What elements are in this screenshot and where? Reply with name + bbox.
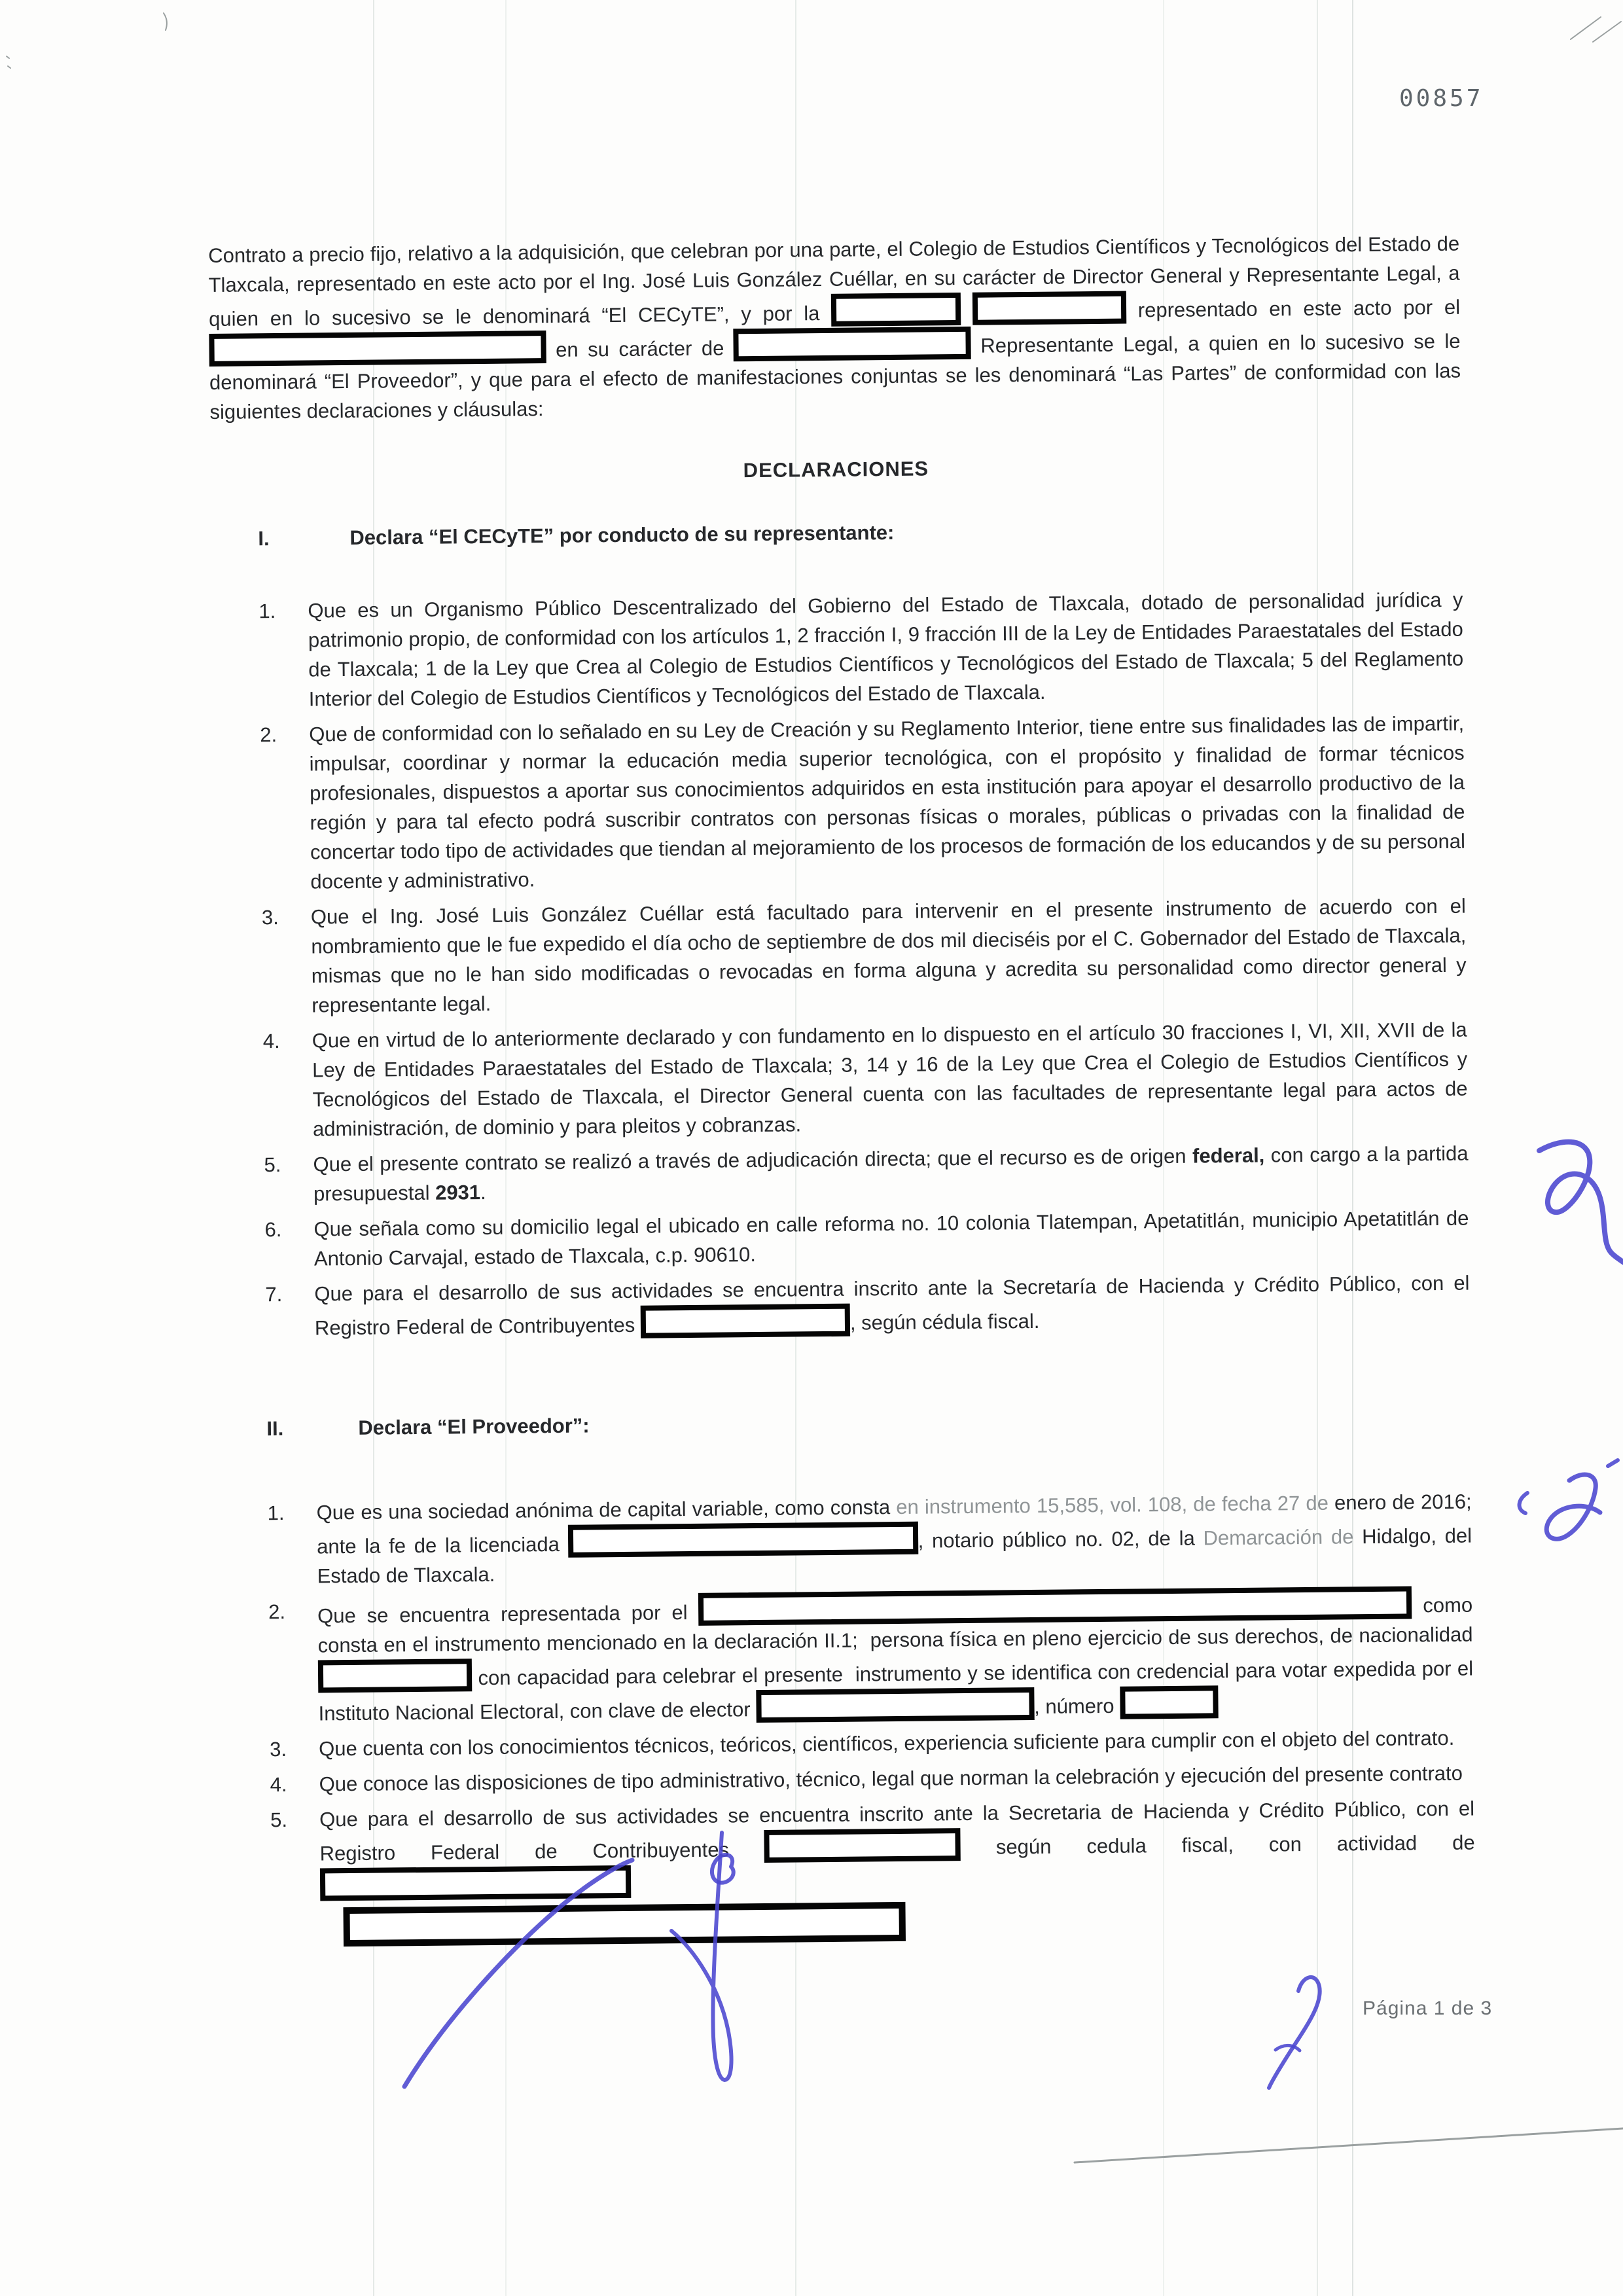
item-number: 5. bbox=[223, 1804, 321, 1947]
redaction-box bbox=[831, 293, 961, 327]
section-proveedor-items: 1.Que es una sociedad anónima de capital… bbox=[220, 1487, 1475, 1948]
list-item: 4.Que conoce las disposiciones de tipo a… bbox=[223, 1759, 1474, 1800]
declaraciones-title: DECLARACIONES bbox=[210, 449, 1461, 490]
section-cecyte-items: 1.Que es un Organismo Público Descentral… bbox=[211, 585, 1470, 1344]
redaction-box bbox=[641, 1304, 850, 1338]
section-heading-cecyte: I.Declara “El CECyTE” por conducto de su… bbox=[211, 512, 1462, 554]
section-numeral: II. bbox=[266, 1413, 358, 1443]
item-text: Que señala como su domicilio legal el ub… bbox=[313, 1204, 1469, 1274]
document-body: Contrato a precio fijo, relativo a la ad… bbox=[208, 229, 1476, 1954]
item-text: Que en virtud de lo anteriormente declar… bbox=[312, 1015, 1469, 1144]
item-text: Que cuenta con los conocimientos técnico… bbox=[319, 1723, 1474, 1764]
redaction-box bbox=[209, 331, 546, 367]
redaction-box bbox=[972, 291, 1126, 325]
margin-initial-lower-lead bbox=[1520, 1493, 1527, 1513]
list-item: 5.Que para el desarrollo de sus activida… bbox=[223, 1794, 1476, 1948]
page-footer: Página 1 de 3 bbox=[1363, 1998, 1492, 2020]
item-text: Que para el desarrollo de sus actividade… bbox=[319, 1794, 1476, 1947]
item-number: 3. bbox=[215, 903, 312, 1021]
redaction-box bbox=[320, 1865, 631, 1901]
scanned-contract-page: 00857 Contrato a precio fijo, relativo a… bbox=[0, 0, 1623, 2296]
body-text: Que es un Organismo Público Descentraliz… bbox=[308, 588, 1463, 711]
item-text: Que conoce las disposiciones de tipo adm… bbox=[319, 1759, 1474, 1799]
body-text: representado en este acto por el bbox=[1126, 296, 1460, 322]
body-text: , según cédula fiscal. bbox=[850, 1310, 1040, 1335]
list-item: 1.Que es una sociedad anónima de capital… bbox=[220, 1487, 1472, 1592]
list-item: 6.Que señala como su domicilio legal el … bbox=[217, 1204, 1469, 1274]
bold-text: federal, bbox=[1192, 1144, 1265, 1168]
list-item: 3.Que cuenta con los conocimientos técni… bbox=[223, 1723, 1474, 1765]
section-heading-proveedor: II.Declara “El Proveedor”: bbox=[219, 1403, 1471, 1444]
body-text: Que en virtud de lo anteriormente declar… bbox=[312, 1018, 1468, 1141]
list-item: 3.Que el Ing. José Luis González Cuéllar… bbox=[215, 891, 1467, 1021]
list-item: 4.Que en virtud de lo anteriormente decl… bbox=[216, 1015, 1469, 1145]
redaction-box bbox=[1120, 1685, 1218, 1719]
item-number: 5. bbox=[217, 1150, 313, 1210]
item-text: Que para el desarrollo de sus actividade… bbox=[314, 1268, 1470, 1343]
redaction-box bbox=[734, 327, 971, 361]
item-number: 1. bbox=[220, 1498, 317, 1592]
body-text: , número bbox=[1034, 1695, 1120, 1718]
redaction-box bbox=[756, 1687, 1034, 1723]
margin-initial-upper bbox=[1539, 1142, 1623, 1271]
item-number: 3. bbox=[223, 1734, 319, 1764]
faded-text: Demarcación de bbox=[1203, 1525, 1353, 1549]
top-right-mark-1 bbox=[1571, 17, 1601, 39]
section-title: Declara “El Proveedor”: bbox=[358, 1414, 590, 1439]
margin-initial-lower bbox=[1546, 1475, 1600, 1539]
body-text: Que el Ing. José Luis González Cuéllar e… bbox=[311, 895, 1467, 1017]
section-numeral: I. bbox=[258, 523, 349, 553]
body-text: , notario público no. 02, de la bbox=[918, 1526, 1203, 1552]
footer-flourish-dash bbox=[1275, 2045, 1300, 2051]
item-number: 2. bbox=[213, 720, 311, 897]
body-text: según cedula fiscal, con actividad de bbox=[961, 1831, 1475, 1859]
list-item: 1.Que es un Organismo Público Descentral… bbox=[211, 585, 1464, 715]
body-text: Que señala como su domicilio legal el ub… bbox=[313, 1207, 1469, 1270]
footer-flourish bbox=[1269, 1977, 1320, 2088]
list-item: 2.Que de conformidad con lo señalado en … bbox=[213, 709, 1466, 897]
redaction-box bbox=[698, 1586, 1412, 1625]
item-number: 2. bbox=[221, 1596, 319, 1729]
item-text: Que se encuentra representada por el com… bbox=[317, 1586, 1474, 1729]
redaction-box bbox=[318, 1659, 472, 1693]
item-text: Que de conformidad con lo señalado en su… bbox=[309, 709, 1466, 897]
redaction-box bbox=[567, 1522, 918, 1558]
top-right-mark-2 bbox=[1593, 22, 1621, 42]
body-text bbox=[961, 300, 972, 323]
item-number: 1. bbox=[211, 596, 309, 715]
left-edge-mark bbox=[7, 56, 10, 68]
body-text: Que es una sociedad anónima de capital v… bbox=[316, 1496, 896, 1524]
list-item: 7.Que para el desarrollo de sus activida… bbox=[218, 1268, 1470, 1344]
body-text: en su carácter de bbox=[546, 336, 734, 361]
item-number: 4. bbox=[216, 1026, 313, 1145]
folio-number: 00857 bbox=[1399, 85, 1483, 112]
faded-text: en instrumento 15,585, vol. 108, de fech… bbox=[896, 1492, 1329, 1518]
bottom-scan-line bbox=[1075, 2128, 1623, 2162]
body-text: . bbox=[480, 1181, 486, 1204]
redaction-box-block bbox=[343, 1902, 906, 1946]
body-text: Que el presente contrato se realizó a tr… bbox=[313, 1145, 1192, 1176]
margin-initial-lower-tick bbox=[1608, 1460, 1618, 1466]
bold-text: 2931 bbox=[435, 1181, 480, 1204]
item-text: Que es una sociedad anónima de capital v… bbox=[316, 1487, 1472, 1591]
item-text: Que el Ing. José Luis González Cuéllar e… bbox=[311, 891, 1467, 1020]
section-title: Declara “El CECyTE” por conducto de su r… bbox=[349, 521, 894, 549]
body-text: Que conoce las disposiciones de tipo adm… bbox=[319, 1762, 1463, 1796]
intro-paragraph: Contrato a precio fijo, relativo a la ad… bbox=[208, 229, 1461, 427]
item-text: Que el presente contrato se realizó a tr… bbox=[313, 1139, 1469, 1209]
redaction-box bbox=[764, 1828, 961, 1863]
body-text: Que cuenta con los conocimientos técnico… bbox=[319, 1727, 1454, 1761]
list-item: 5.Que el presente contrato se realizó a … bbox=[217, 1139, 1469, 1210]
item-number: 7. bbox=[218, 1280, 315, 1344]
item-number: 6. bbox=[217, 1215, 314, 1274]
body-text: Que de conformidad con lo señalado en su… bbox=[309, 712, 1465, 893]
item-number: 4. bbox=[223, 1769, 319, 1799]
item-text: Que es un Organismo Público Descentraliz… bbox=[308, 585, 1464, 714]
list-item: 2.Que se encuentra representada por el c… bbox=[221, 1586, 1474, 1729]
top-left-mark bbox=[164, 13, 167, 30]
body-text: Que se encuentra representada por el bbox=[317, 1601, 699, 1628]
